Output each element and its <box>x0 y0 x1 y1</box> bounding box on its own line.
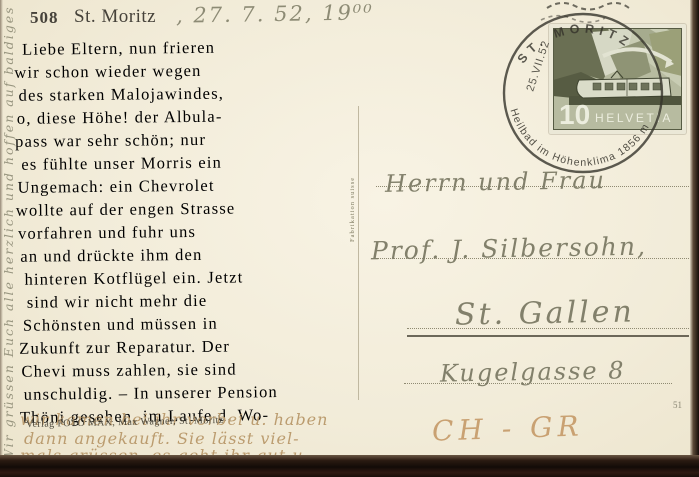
cancel-wave-marks <box>541 16 605 23</box>
divider-line <box>358 106 359 400</box>
handwritten-date: , 27. 7. 52, 19⁰⁰ <box>176 0 374 27</box>
message-line: vorfahren und fuhr uns <box>18 222 196 244</box>
message-line: an und drückte ihm den <box>20 245 202 267</box>
message-line: unschuldig. – In unserer Pension <box>24 382 278 405</box>
message-line: Schönsten und müssen in <box>23 314 218 336</box>
address-recipient-name: Prof. J. Silbersohn, <box>371 232 647 266</box>
postcard-scan: 508 St. Moritz , 27. 7. 52, 19⁰⁰ Liebe E… <box>0 0 699 477</box>
stamp-art: 10 HELVETIA <box>553 28 682 130</box>
plate-number: 51 <box>673 400 682 410</box>
address-recipient-salutation: Herrn und Frau <box>385 166 606 198</box>
cancel-wave-marks <box>547 3 629 10</box>
message-line: wir schon wieder wegen <box>14 61 201 83</box>
margin-note-vertical: Wir grüssen Euch alle herzlich und hoffe… <box>1 7 16 462</box>
scan-edge-left <box>0 0 3 477</box>
catalog-number: 508 <box>30 8 59 28</box>
message-line: des starken Malojawindes, <box>18 84 224 106</box>
message-line: hinteren Kotflügel ein. Jetzt <box>24 267 243 289</box>
divider-vertical-text: Fabrikation suisse <box>349 177 356 242</box>
message-line: o, diese Höhe! der Albula- <box>17 107 223 129</box>
message-line: Chevi muss zahlen, sie sind <box>21 360 236 382</box>
message-line: sind wir nicht mehr die <box>27 291 208 313</box>
address-city: St. Gallen <box>455 294 635 332</box>
message-line: Ungemach: ein Chevrolet <box>17 176 214 198</box>
handwritten-message: Liebe Eltern, nun frieren wir schon wied… <box>14 36 362 40</box>
postage-stamp: 10 HELVETIA <box>549 24 686 134</box>
country-region-note: CH - GR <box>431 409 584 447</box>
stamp-country-name: HELVETIA <box>595 111 673 125</box>
scan-edge-bottom <box>0 455 699 477</box>
stamp-denomination: 10 <box>559 99 590 130</box>
message-line: Liebe Eltern, nun frieren <box>22 38 215 60</box>
page-title: St. Moritz <box>74 6 156 28</box>
message-line: Zukunft zur Reparatur. Der <box>19 337 230 359</box>
scan-edge-right <box>690 0 699 477</box>
address-rule-solid <box>407 335 689 337</box>
address-street: Kugelgasse 8 <box>440 356 626 387</box>
message-line: es fühlte unser Morris ein <box>21 153 222 175</box>
message-line: wollte auf der engen Strasse <box>16 199 236 221</box>
message-line: pass war sehr schön; nur <box>15 130 206 152</box>
